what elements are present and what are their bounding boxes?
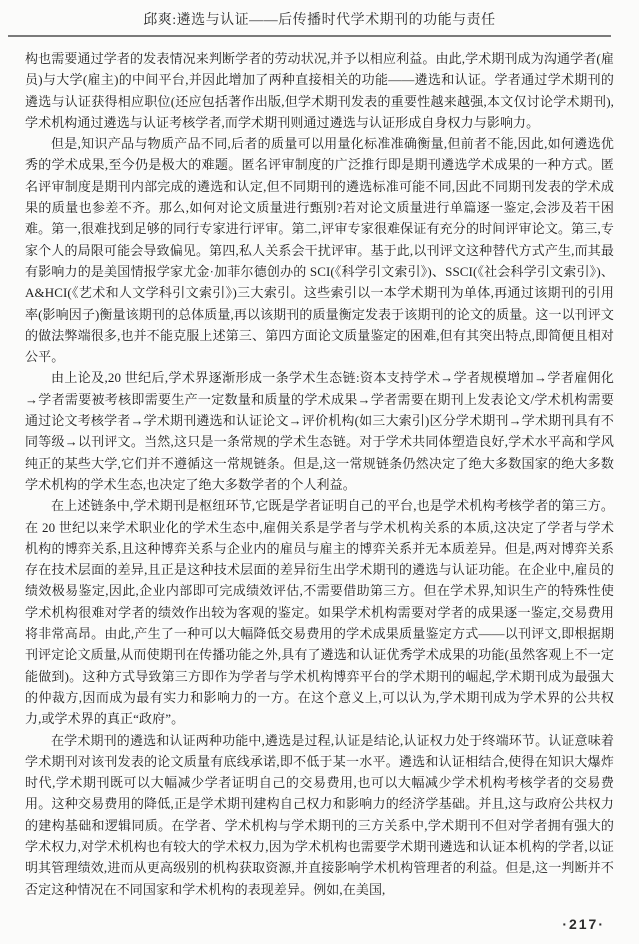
- journal-page: 邱爽:遴选与认证——后传播时代学术期刊的功能与责任 构也需要通过学者的发表情况来…: [0, 0, 639, 944]
- paragraph: 在学术期刊的遴选和认证两种功能中,遴选是过程,认证是结论,认证权力处于终端环节。…: [25, 730, 614, 900]
- page-number: ·217·: [562, 916, 605, 932]
- running-title: 邱爽:遴选与认证——后传播时代学术期刊的功能与责任: [0, 9, 639, 29]
- page-footer: ·217·: [562, 916, 605, 934]
- header-rule: [8, 35, 611, 37]
- paragraph: 但是,知识产品与物质产品不同,后者的质量可以用量化标准准确衡量,但前者不能,因此…: [25, 133, 614, 367]
- paragraph-continuation: 构也需要通过学者的发表情况来判断学者的劳动状况,并予以相应利益。由此,学术期刊成…: [25, 48, 614, 133]
- article-body: 构也需要通过学者的发表情况来判断学者的劳动状况,并予以相应利益。由此,学术期刊成…: [25, 48, 614, 900]
- page-header: 邱爽:遴选与认证——后传播时代学术期刊的功能与责任: [0, 0, 639, 37]
- paragraph: 在上述链条中,学术期刊是枢纽环节,它既是学者证明自己的平台,也是学术机构考核学者…: [25, 495, 614, 729]
- paragraph: 由上论及,20 世纪后,学术界逐渐形成一条学术生态链:资本支持学术→学者规模增加…: [25, 367, 614, 495]
